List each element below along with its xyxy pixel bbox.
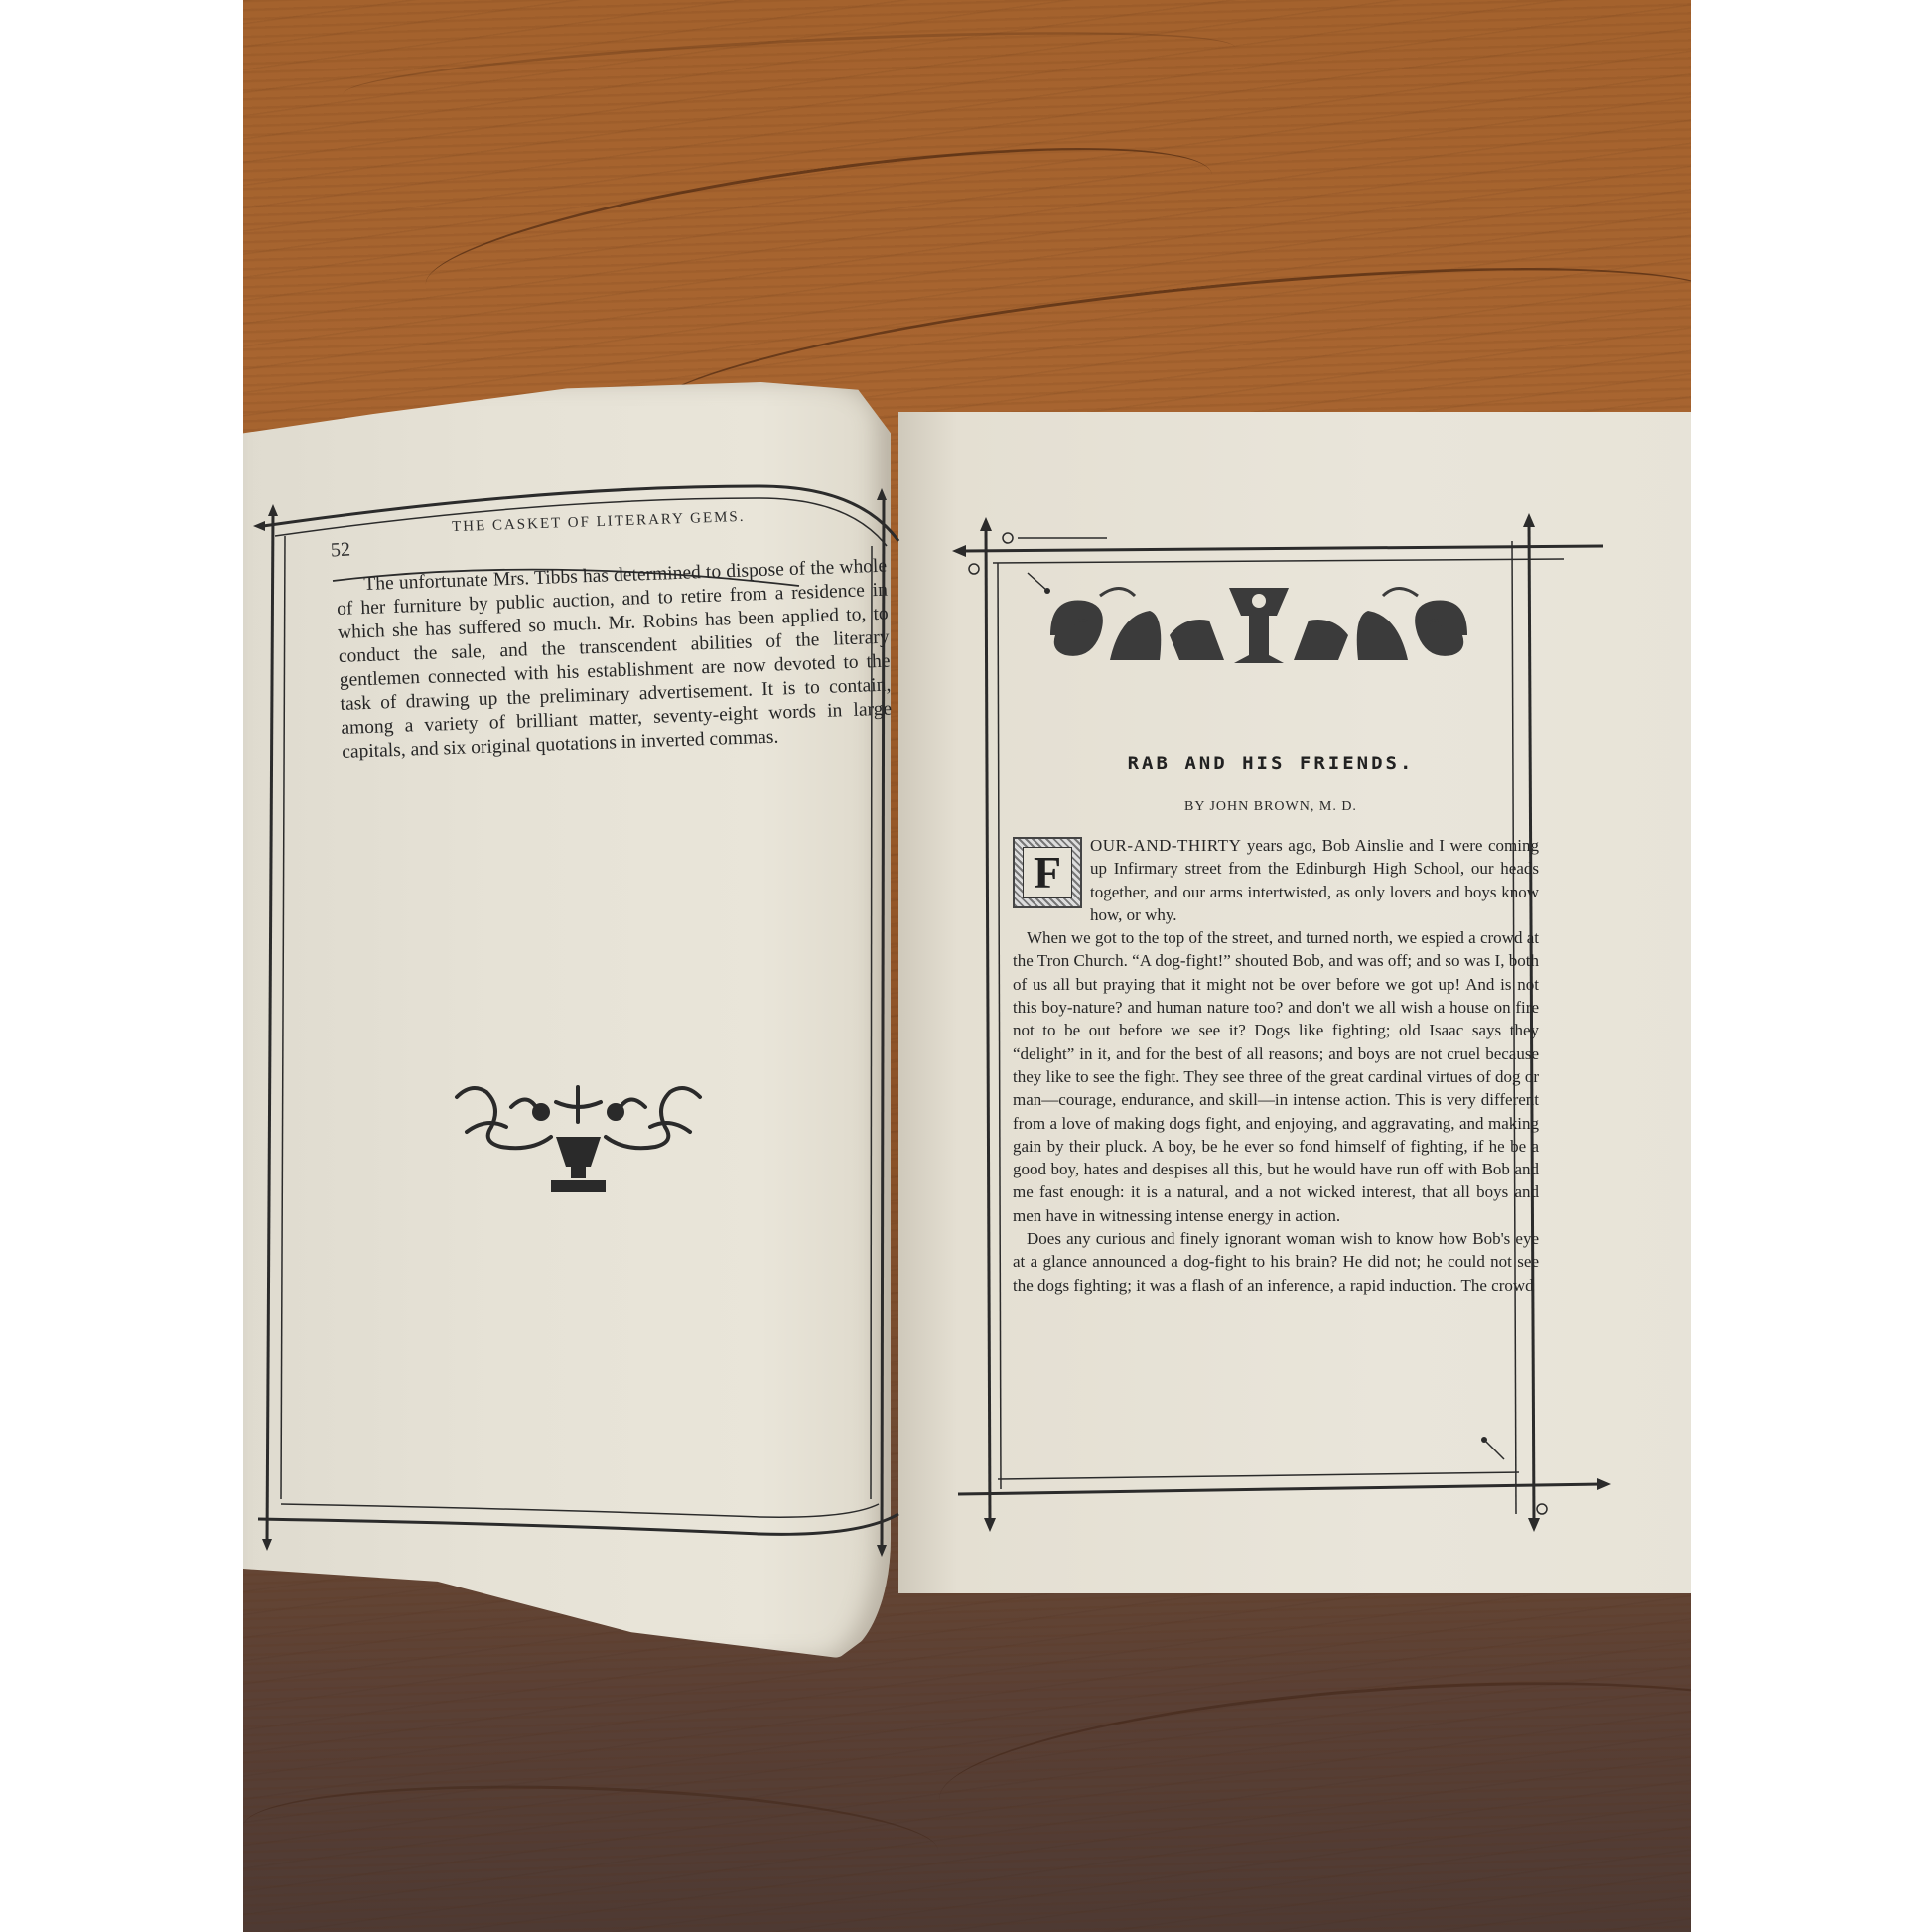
story-title: RAB AND HIS FRIENDS. [1062, 753, 1479, 774]
right-page-body: FOUR-AND-THIRTY years ago, Bob Ainslie a… [1013, 834, 1539, 1297]
urn-with-cherubs-tailpiece-ornament [442, 1077, 715, 1206]
wood-grain [933, 1657, 1691, 1880]
paragraph: Does any curious and finely ignorant wom… [1013, 1227, 1539, 1297]
paragraph: When we got to the top of the street, an… [1013, 926, 1539, 1227]
page-number: 52 [330, 538, 350, 562]
wood-grain [243, 1775, 940, 1901]
paragraph: The unfortunate Mrs. Tibbs has determine… [336, 555, 893, 764]
opening-caps: OUR-AND-THIRTY [1090, 836, 1241, 855]
left-page-body: The unfortunate Mrs. Tibbs has determine… [336, 555, 893, 764]
wood-grain [342, 16, 1237, 125]
opening-paragraph: FOUR-AND-THIRTY years ago, Bob Ainslie a… [1013, 834, 1539, 926]
griffins-and-cherubs-headpiece-ornament [1040, 576, 1477, 675]
story-byline: BY JOHN BROWN, M. D. [1092, 799, 1449, 815]
ornamental-drop-cap: F [1013, 837, 1082, 908]
